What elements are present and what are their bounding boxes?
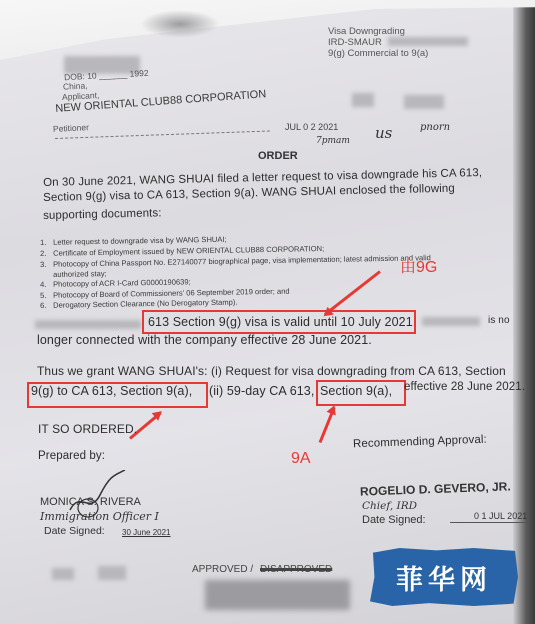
approval-approved: APPROVED / xyxy=(192,564,253,575)
background-shadow xyxy=(513,0,535,624)
approval-disapproved: DISAPPROVED xyxy=(260,564,332,575)
connection-line: longer connected with the company effect… xyxy=(37,333,372,347)
redacted-block-1 xyxy=(52,568,74,580)
preparer-title: Immigration Officer I xyxy=(40,510,159,523)
case-type: Visa Downgrading xyxy=(328,26,405,37)
item-number: 4. xyxy=(40,280,53,289)
annotation-9a: 9A xyxy=(291,450,311,468)
item-number: 3. xyxy=(40,260,53,269)
supporting-document-item: authorized stay; xyxy=(53,269,107,279)
item-number: 6. xyxy=(40,301,53,310)
document-title: ORDER xyxy=(258,150,298,162)
redacted-text-2 xyxy=(422,317,480,326)
chief-title: Chief, IRD xyxy=(362,500,417,512)
flap-shadow xyxy=(140,10,220,38)
redacted-case-number xyxy=(388,37,468,46)
watermark-logo: 菲华网 xyxy=(370,548,518,606)
prepared-by-label: Prepared by: xyxy=(38,450,105,462)
handwritten-note-2: us xyxy=(375,124,392,142)
redacted-signature xyxy=(205,580,350,610)
grant-line-2b: (ii) 59-day CA 613, xyxy=(209,384,314,398)
preparer-name: MONICA S. RIVERA xyxy=(40,496,141,508)
highlight-box-validity xyxy=(142,310,416,334)
it-so-ordered: IT SO ORDERED. xyxy=(38,422,137,436)
watermark-text: 菲华网 xyxy=(396,558,492,597)
annotation-9g: 由9G xyxy=(400,254,437,277)
grant-line-2d: effective 28 June 2021. xyxy=(404,381,525,393)
redacted-stamp-1 xyxy=(352,93,374,107)
redacted-stamp-2 xyxy=(404,95,444,109)
handwritten-note-1: 7pmam xyxy=(316,136,350,146)
item-number: 5. xyxy=(40,291,53,300)
highlight-box-9a-1 xyxy=(27,382,208,408)
handwritten-note-3: pnorn xyxy=(420,122,450,133)
received-stamp: JUL 0 2 2021 xyxy=(285,122,338,132)
chief-date-label: Date Signed: xyxy=(362,514,426,526)
case-description: 9(g) Commercial to 9(a) xyxy=(328,48,428,59)
item-number: 1. xyxy=(40,238,53,247)
petitioner-label: Petitioner xyxy=(53,122,89,134)
case-office: IRD-SMAUR xyxy=(328,37,382,48)
highlight-box-9a-2 xyxy=(316,380,406,406)
item-text: authorized stay; xyxy=(53,269,107,279)
validity-tail: is no xyxy=(488,315,510,326)
redacted-block-2 xyxy=(98,566,126,580)
preparer-date: 30 June 2021 xyxy=(122,528,171,537)
chief-date: 0 1 JUL 2021 xyxy=(450,511,529,523)
item-number: 2. xyxy=(40,249,53,258)
redacted-text-1 xyxy=(35,320,141,329)
preparer-date-label: Date Signed: xyxy=(44,525,105,537)
grant-line-1: Thus we grant WANG SHUAI's: (i) Request … xyxy=(37,364,506,378)
